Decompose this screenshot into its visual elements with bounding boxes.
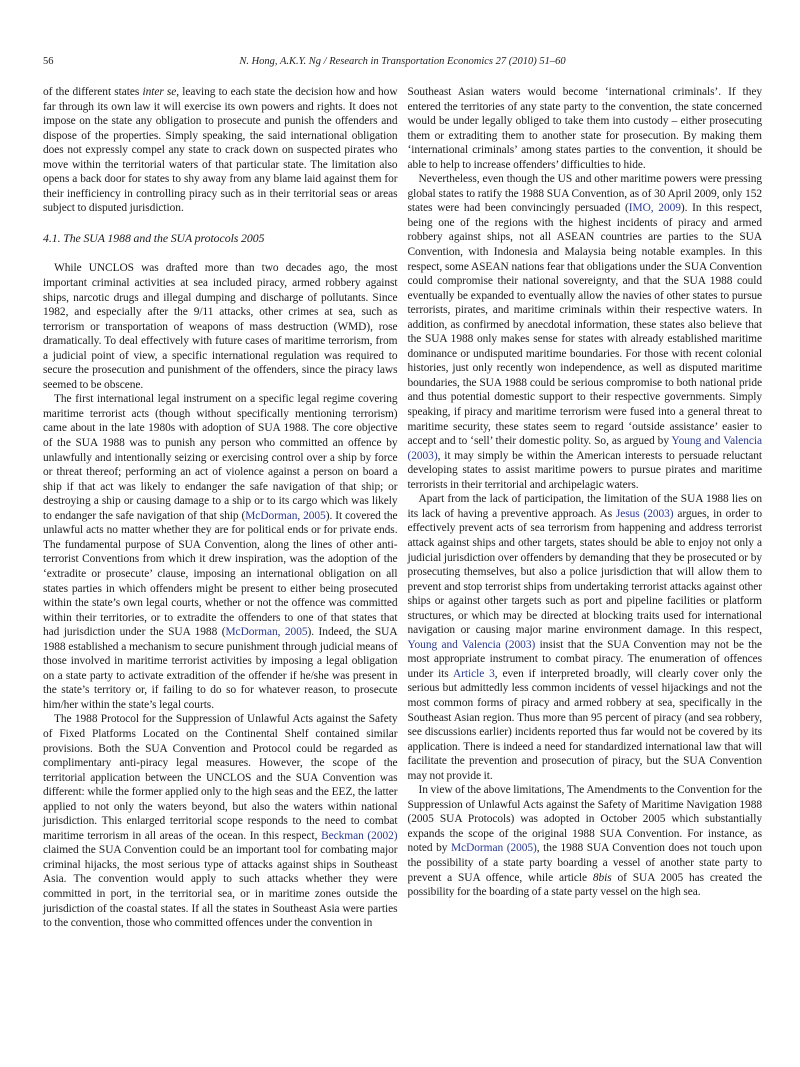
body-text: Southeast Asian waters would become ‘int… [408, 86, 763, 171]
paragraph: The first international legal instrument… [43, 392, 398, 712]
body-text: , even if interpreted broadly, will clea… [408, 668, 763, 782]
body-text: , leaving to each state the decision how… [43, 86, 398, 214]
right-column: Southeast Asian waters would become ‘int… [408, 85, 763, 931]
citation-link[interactable]: McDorman, 2005 [225, 626, 307, 638]
body-text: claimed the SUA Convention could be an i… [43, 844, 398, 929]
paragraph: Apart from the lack of participation, th… [408, 492, 763, 783]
body-text: , it may simply be within the American i… [408, 450, 763, 491]
left-column: of the different states inter se, leavin… [43, 85, 398, 931]
paragraph: The 1988 Protocol for the Suppression of… [43, 712, 398, 930]
body-text: of the different states [43, 86, 142, 98]
citation-link[interactable]: IMO, 2009 [629, 202, 681, 214]
paragraph: of the different states inter se, leavin… [43, 85, 398, 216]
body-text: ). Indeed, the SUA 1988 established a me… [43, 626, 398, 711]
paragraph: While UNCLOS was drafted more than two d… [43, 261, 398, 392]
body-text: While UNCLOS was drafted more than two d… [43, 262, 398, 390]
citation-link[interactable]: Young and Valencia (2003) [408, 639, 536, 651]
body-text: ). It covered the unlawful acts no matte… [43, 510, 398, 638]
italic-text: 8bis [593, 872, 612, 884]
body-text: 4.1. The SUA 1988 and the SUA protocols … [43, 231, 264, 245]
citation-link[interactable]: McDorman (2005) [451, 842, 537, 854]
body-text: argues, in order to effectively prevent … [408, 508, 763, 636]
citation-link[interactable]: McDorman, 2005 [245, 510, 325, 522]
paragraph: Nevertheless, even though the US and oth… [408, 172, 763, 492]
body-text: The first international legal instrument… [43, 393, 398, 521]
citation-link[interactable]: Article 3 [453, 668, 495, 680]
body-text: The 1988 Protocol for the Suppression of… [43, 713, 398, 841]
citation-link[interactable]: Jesus (2003) [616, 508, 674, 520]
page-number: 56 [43, 55, 54, 68]
page-header: 56 N. Hong, A.K.Y. Ng / Research in Tran… [43, 55, 762, 68]
citation-link[interactable]: Beckman (2002) [321, 830, 397, 842]
body-text: ). In this respect, being one of the reg… [408, 202, 763, 447]
running-title: N. Hong, A.K.Y. Ng / Research in Transpo… [239, 55, 565, 68]
paragraph: In view of the above limitations, The Am… [408, 783, 763, 899]
section-heading: 4.1. The SUA 1988 and the SUA protocols … [43, 231, 398, 246]
italic-text: inter se [142, 86, 176, 98]
paragraph: Southeast Asian waters would become ‘int… [408, 85, 763, 172]
two-column-body: of the different states inter se, leavin… [43, 85, 762, 931]
